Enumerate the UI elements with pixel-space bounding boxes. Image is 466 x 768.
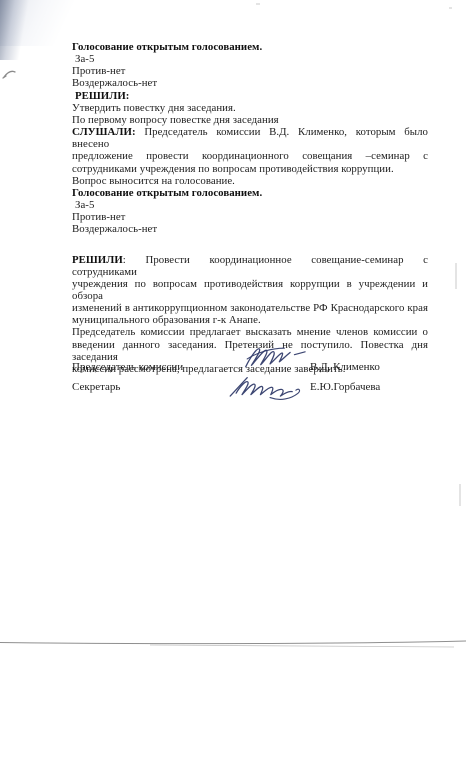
text-run: Воздержалось-нет: [72, 77, 157, 89]
text-line: изменений в антикоррупционном законодате…: [72, 302, 428, 314]
pen-mark-artifact: [2, 66, 18, 80]
text-line: предложение провести координационного со…: [72, 150, 428, 162]
bold-run: РЕШИЛИ: [72, 254, 123, 266]
text-line: СЛУШАЛИ: Председатель комиссии В.Д. Клим…: [72, 126, 428, 150]
text-line: Воздержалось-нет: [72, 223, 428, 235]
scan-edge-smudge-artifact: [455, 263, 457, 289]
text-run: Вопрос выносится на голосование.: [72, 175, 235, 187]
text-run: изменений в антикоррупционном законодате…: [72, 302, 428, 314]
text-line: муниципального образования г-к Анапе.: [72, 314, 428, 326]
text-line: РЕШИЛИ:: [72, 90, 428, 102]
text-line: Вопрос выносится на голосование.: [72, 175, 428, 187]
secretary-signature-ink: [227, 371, 305, 402]
text-line: РЕШИЛИ: Провести координационное совещан…: [72, 254, 428, 278]
bold-run: Голосование открытым голосованием.: [72, 41, 262, 53]
text-line: Голосование открытым голосованием.: [72, 41, 428, 53]
document-text: Голосование открытым голосованием. За-5 …: [72, 41, 428, 375]
text-line: Голосование открытым голосованием.: [72, 187, 428, 199]
text-run: учреждения по вопросам противодействия к…: [72, 278, 428, 302]
text-run: Председатель комиссии предлагает высказа…: [72, 326, 428, 338]
scan-speck-artifact: [449, 7, 452, 9]
text-line: Воздержалось-нет: [72, 77, 428, 89]
text-line: учреждения по вопросам противодействия к…: [72, 278, 428, 302]
text-line: Против-нет: [72, 211, 428, 223]
text-run: сотрудниками учреждения по вопросам прот…: [72, 163, 394, 175]
bold-run: РЕШИЛИ:: [75, 90, 129, 102]
text-line: Против-нет: [72, 65, 428, 77]
text-run: предложение провести координационного со…: [72, 150, 428, 162]
text-line: За-5: [72, 199, 428, 211]
text-run: Против-нет: [72, 65, 125, 77]
text-line: Утвердить повестку дня заседания.: [72, 102, 428, 114]
text-line: По первому вопросу повестке дня заседани…: [72, 114, 428, 126]
text-line: сотрудниками учреждения по вопросам прот…: [72, 163, 428, 175]
bold-run: Голосование открытым голосованием.: [72, 187, 262, 199]
text-run: : Провести координационное совещание-сем…: [72, 254, 428, 278]
chairman-signature-ink: [240, 343, 308, 372]
signer-role-secretary: Секретарь: [72, 381, 120, 393]
scan-edge-smudge-artifact: [459, 484, 461, 506]
scan-corner-shadow-artifact: [0, 0, 30, 60]
scan-speck-artifact: [256, 3, 260, 5]
signer-name-secretary: Е.Ю.Горбачева: [310, 381, 380, 393]
text-run: муниципального образования г-к Анапе.: [72, 314, 261, 326]
text-run: По первому вопросу повестке дня заседани…: [72, 114, 279, 126]
signer-name-chairman: В.Д. Клименко: [310, 361, 380, 373]
text-run: За-5: [75, 199, 94, 211]
paper-bottom-edge: [0, 637, 466, 651]
scanned-document-page: Голосование открытым голосованием. За-5 …: [0, 0, 466, 768]
text-line: За-5: [72, 53, 428, 65]
text-run: Против-нет: [72, 211, 125, 223]
text-line: Председатель комиссии предлагает высказа…: [72, 326, 428, 338]
signer-role-chairman: Председатель комиссии: [72, 361, 183, 373]
text-run: Утвердить повестку дня заседания.: [72, 102, 236, 114]
text-run: За-5: [75, 53, 94, 65]
text-run: Воздержалось-нет: [72, 223, 157, 235]
bold-run: СЛУШАЛИ:: [72, 126, 136, 138]
